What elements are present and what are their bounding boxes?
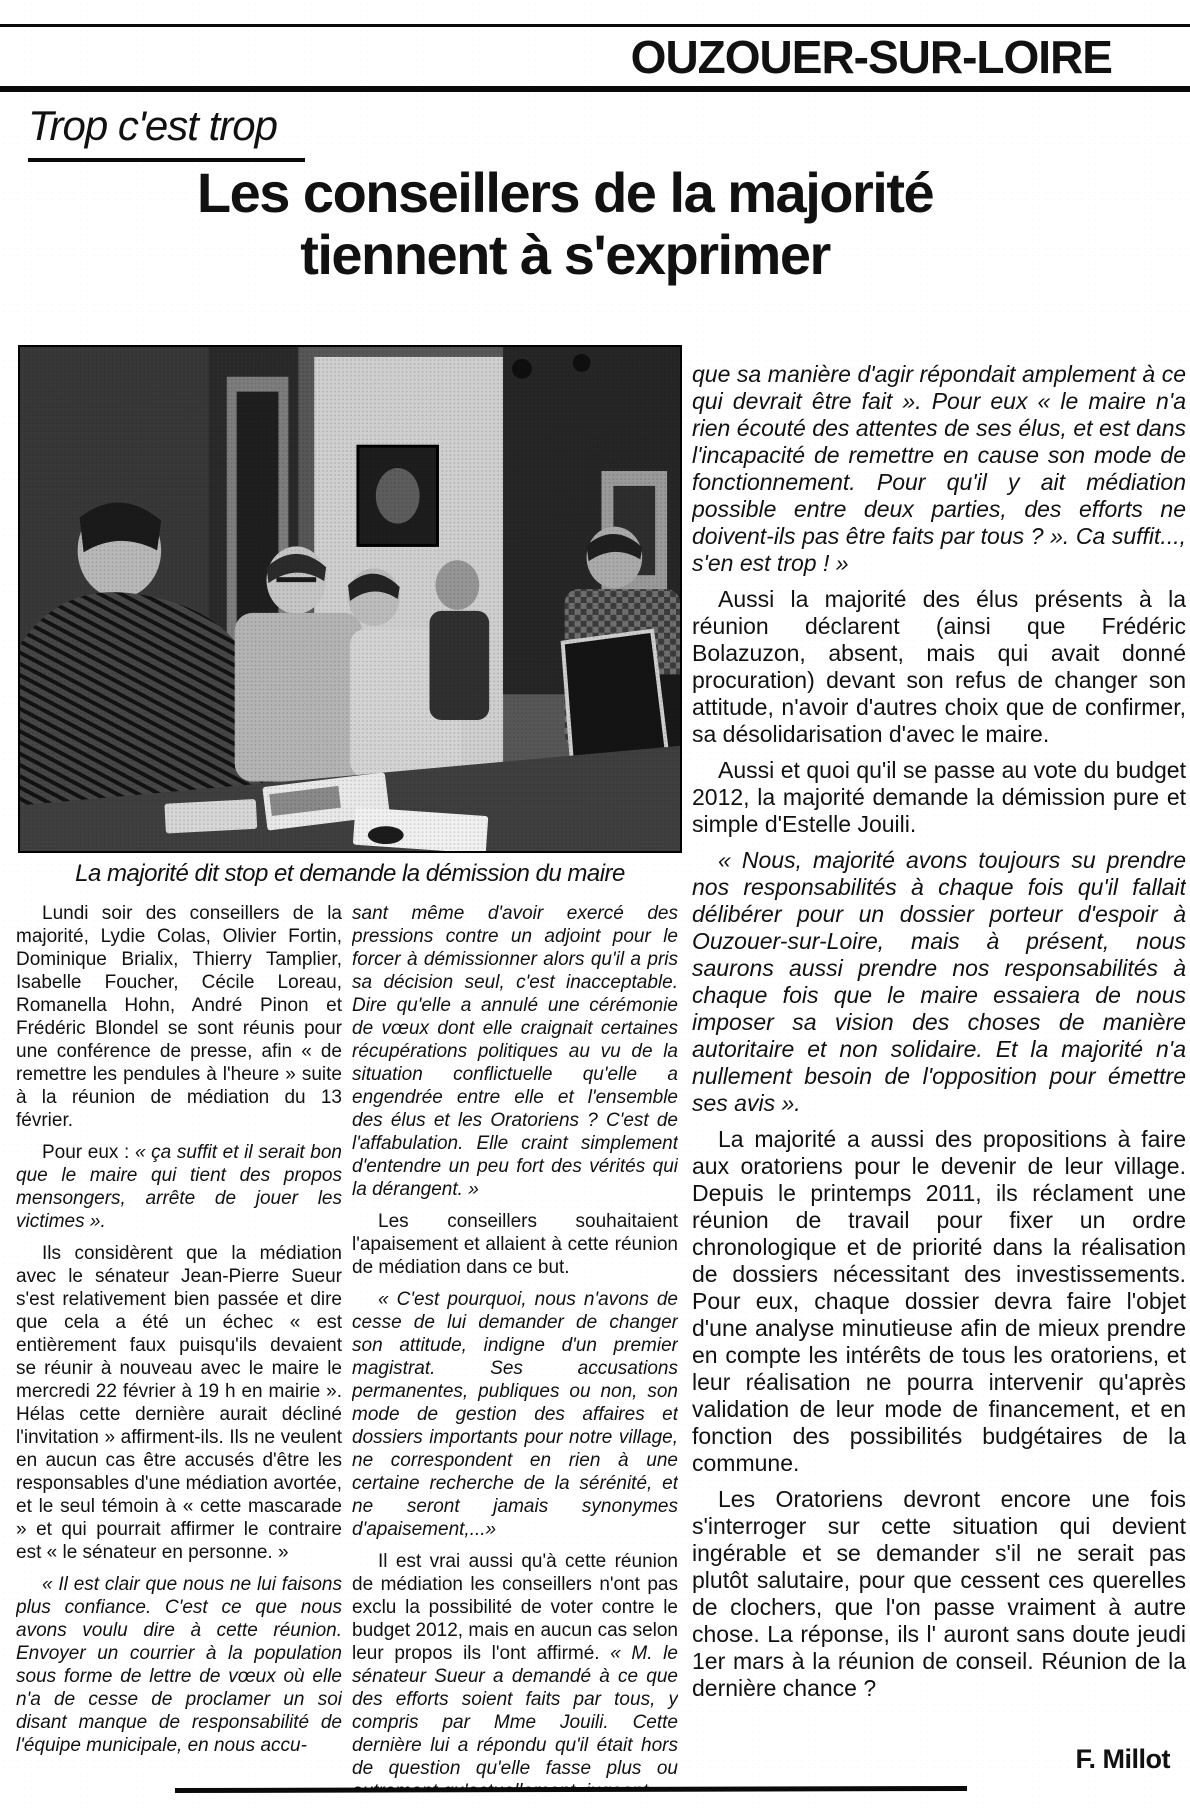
photo-caption: La majorité dit stop et demande la démis… — [18, 860, 682, 888]
photo-conference — [18, 345, 682, 853]
paragraph: « Il est clair que nous ne lui faisons p… — [16, 1573, 342, 1757]
paragraph: sant même d'avoir exercé des pressions c… — [352, 902, 678, 1201]
paragraph: « C'est pourquoi, nous n'avons de cesse … — [352, 1288, 678, 1541]
paragraph: La majorité a aussi des propositions à f… — [692, 1126, 1186, 1477]
paragraph: « Nous, majorité avons toujours su prend… — [692, 847, 1186, 1117]
kicker: Trop c'est trop — [28, 102, 305, 162]
newspaper-page: OUZOUER-SUR-LOIRE Trop c'est trop Les co… — [0, 0, 1190, 1808]
paragraph: Aussi la majorité des élus présents à la… — [692, 586, 1186, 748]
bottom-rule — [175, 1786, 967, 1793]
headline-line1: Les conseillers de la majorité — [60, 162, 1070, 224]
photo-illustration — [20, 347, 680, 851]
article-column-1: Lundi soir des conseillers de la majorit… — [16, 902, 342, 1790]
article-column-3: que sa manière d'agir répondait amplemen… — [692, 333, 1186, 1783]
paragraph: Il est vrai aussi qu'à cette réunion de … — [352, 1550, 678, 1790]
paragraph: Lundi soir des conseillers de la majorit… — [16, 902, 342, 1132]
paragraph-quote: « M. le sénateur Sueur a demandé à ce qu… — [352, 1643, 678, 1790]
article-column-2: sant même d'avoir exercé des pressions c… — [352, 902, 678, 1790]
headline: Les conseillers de la majorité tiennent … — [60, 162, 1070, 285]
paragraph-lead: Pour eux : — [42, 1142, 135, 1163]
paragraph: Les Oratoriens devront encore une fois s… — [692, 1486, 1186, 1702]
masthead-rule-bottom — [0, 86, 1190, 92]
author-signature: F. Millot — [1076, 1744, 1170, 1775]
headline-line2: tiennent à s'exprimer — [60, 224, 1070, 286]
masthead-rule-top — [0, 24, 1190, 27]
paragraph: Aussi et quoi qu'il se passe au vote du … — [692, 757, 1186, 838]
masthead-title: OUZOUER-SUR-LOIRE — [631, 30, 1112, 84]
paragraph: Les conseillers souhaitaient l'apaisemen… — [352, 1210, 678, 1279]
paragraph: que sa manière d'agir répondait amplemen… — [692, 361, 1186, 577]
paragraph: Pour eux : « ça suffit et il serait bon … — [16, 1141, 342, 1233]
paragraph: Ils considèrent que la médiation avec le… — [16, 1242, 342, 1564]
